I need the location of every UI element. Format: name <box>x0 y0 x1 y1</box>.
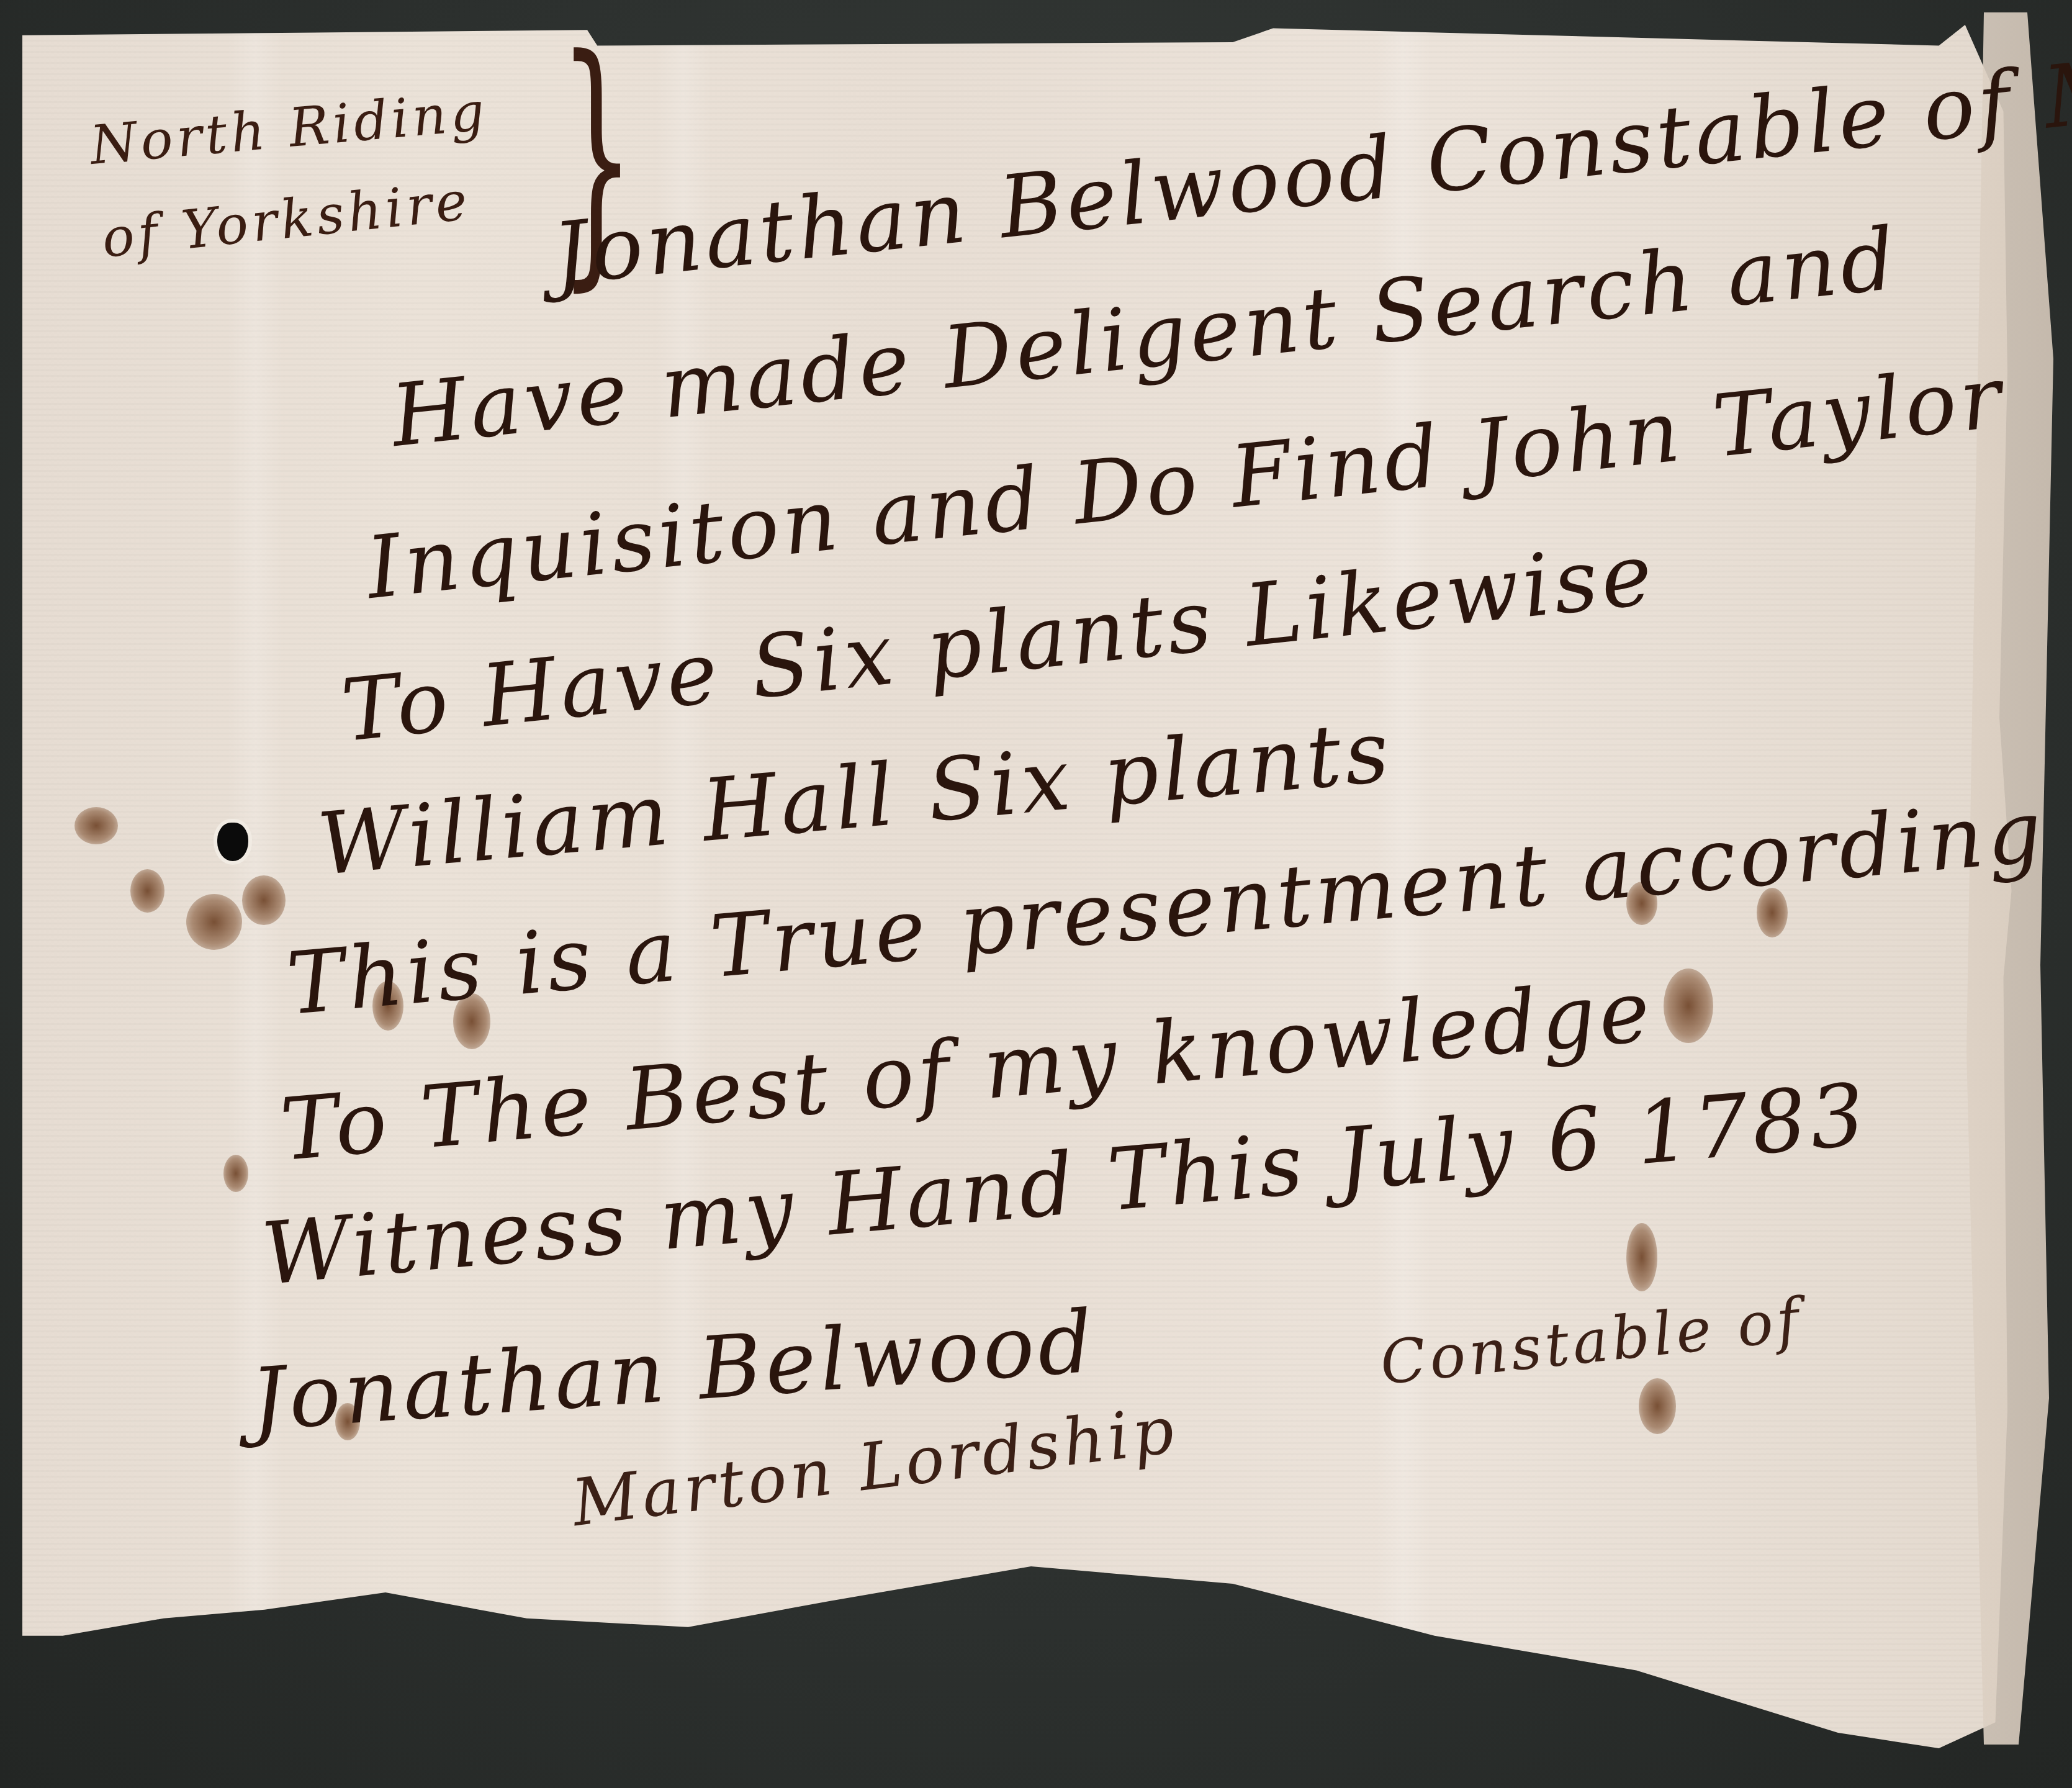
ink-stain <box>223 1155 248 1192</box>
ink-stain <box>242 875 286 925</box>
ink-stain <box>74 807 118 844</box>
ink-stain <box>130 869 164 913</box>
ink-stain <box>1664 968 1713 1043</box>
ink-stain <box>1639 1378 1676 1434</box>
paper-hole <box>217 823 248 861</box>
ink-stain <box>1626 1223 1657 1291</box>
ink-stain <box>186 894 242 950</box>
